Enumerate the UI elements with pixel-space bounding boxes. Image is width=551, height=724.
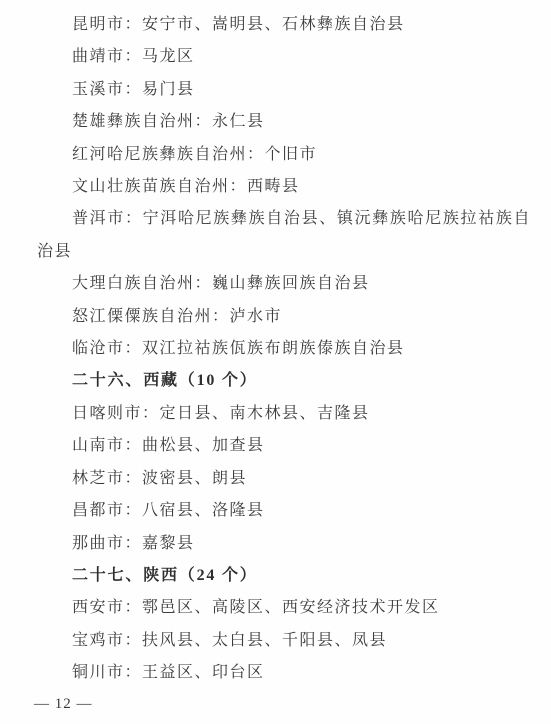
region-entry-nujiang: 怒江傈僳族自治州：泸水市 (37, 301, 531, 333)
region-entry-kunming: 昆明市：安宁市、嵩明县、石林彝族自治县 (37, 9, 531, 41)
region-entry-tongchuan: 铜川市：王益区、印台区 (37, 657, 531, 689)
region-entry-puer: 普洱市：宁洱哈尼族彝族自治县、镇沅彝族哈尼族拉祜族自治县 (37, 203, 531, 268)
region-entry-rikaze: 日喀则市：定日县、南木林县、吉隆县 (37, 398, 531, 430)
region-entry-baoji: 宝鸡市：扶风县、太白县、千阳县、凤县 (37, 625, 531, 657)
section-heading-xizang: 二十六、西藏（10 个） (37, 365, 531, 397)
region-entry-wenshan: 文山壮族苗族自治州：西畴县 (37, 171, 531, 203)
region-entry-yuxi: 玉溪市：易门县 (37, 74, 531, 106)
region-entry-honghe: 红河哈尼族彝族自治州：个旧市 (37, 139, 531, 171)
page-number: — 12 — (34, 696, 531, 713)
region-entry-shannan: 山南市：曲松县、加查县 (37, 430, 531, 462)
region-entry-linzhi: 林芝市：波密县、朗县 (37, 463, 531, 495)
region-entry-changdu: 昌都市：八宿县、洛隆县 (37, 495, 531, 527)
region-entry-chuxiong: 楚雄彝族自治州：永仁县 (37, 106, 531, 138)
region-entry-naqu: 那曲市：嘉黎县 (37, 528, 531, 560)
region-entry-xian: 西安市：鄠邑区、高陵区、西安经济技术开发区 (37, 592, 531, 624)
region-entry-lincang: 临沧市：双江拉祜族佤族布朗族傣族自治县 (37, 333, 531, 365)
region-entry-qujing: 曲靖市：马龙区 (37, 41, 531, 73)
document-body: 昆明市：安宁市、嵩明县、石林彝族自治县 曲靖市：马龙区 玉溪市：易门县 楚雄彝族… (37, 9, 531, 690)
section-heading-shaanxi: 二十七、陕西（24 个） (37, 560, 531, 592)
document-page: 昆明市：安宁市、嵩明县、石林彝族自治县 曲靖市：马龙区 玉溪市：易门县 楚雄彝族… (0, 0, 551, 724)
region-entry-dali: 大理白族自治州：巍山彝族回族自治县 (37, 268, 531, 300)
